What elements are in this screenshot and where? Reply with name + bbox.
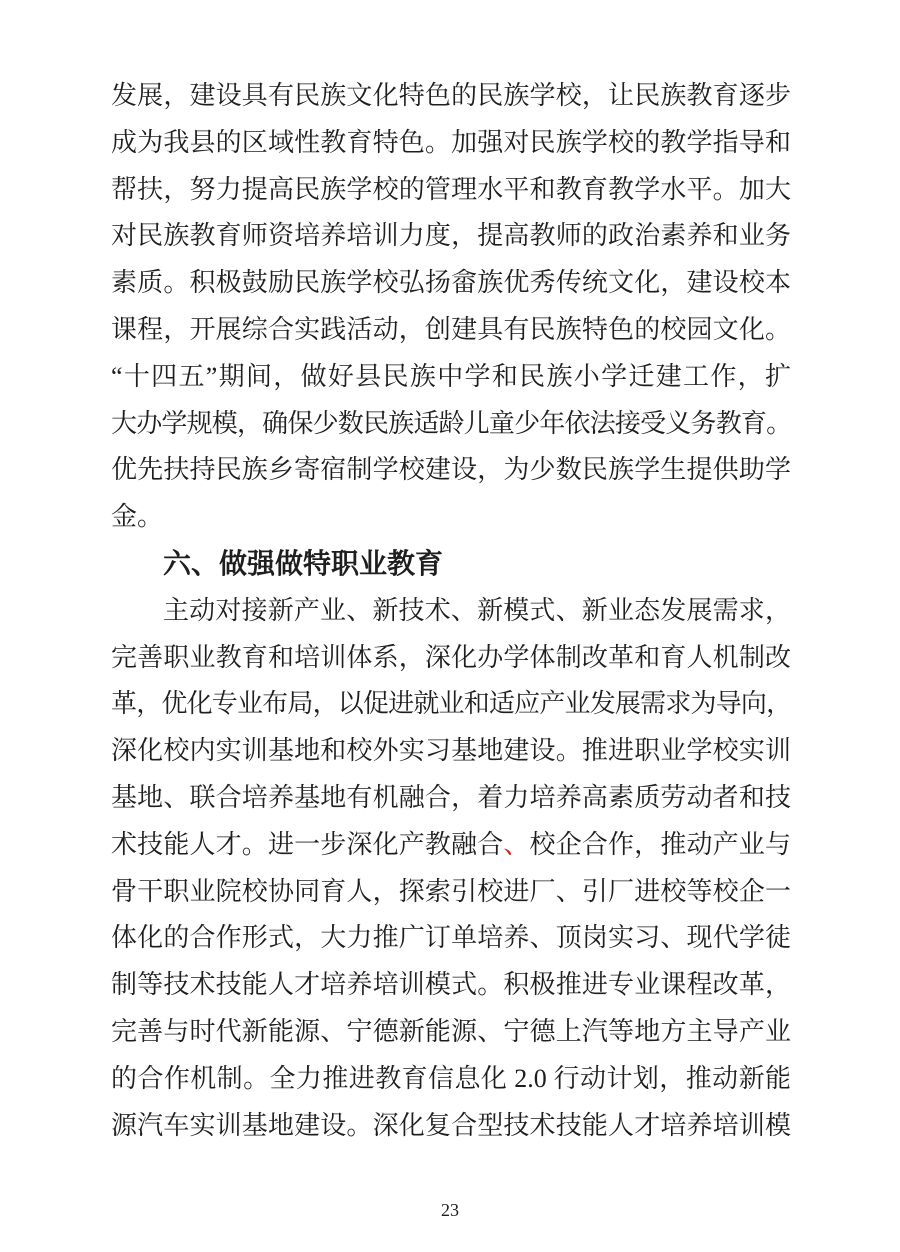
text-line: 课程，开展综合实践活动，创建具有民族特色的校园文化。 — [111, 307, 791, 354]
text-segment: 主动对接新产业、新技术、新模式、新业态发展需求， — [163, 596, 791, 625]
text-segment: 校企合作，推动产业与 — [530, 830, 791, 859]
text-segment: 革，优化专业布局，以促进就业和适应产业发展需求为导向， — [111, 689, 791, 718]
text-line: 对民族教育师资培养培训力度，提高教师的政治素养和业务 — [111, 213, 791, 260]
text-line: 完善职业教育和培训体系，深化办学体制改革和育人机制改 — [111, 635, 791, 682]
text-line: 革，优化专业布局，以促进就业和适应产业发展需求为导向， — [111, 681, 791, 728]
text-segment: 对民族教育师资培养培训力度，提高教师的政治素养和业务 — [111, 221, 791, 250]
text-line: “十四五”期间，做好县民族中学和民族小学迁建工作，扩 — [111, 354, 791, 401]
text-segment: 帮扶，努力提高民族学校的管理水平和教育教学水平。加大 — [111, 175, 791, 204]
text-segment: 六、做强做特职业教育 — [163, 548, 443, 579]
text-line: 素质。积极鼓励民族学校弘扬畲族优秀传统文化，建设校本 — [111, 260, 791, 307]
text-line: 帮扶，努力提高民族学校的管理水平和教育教学水平。加大 — [111, 167, 791, 214]
section-heading: 六、做强做特职业教育 — [111, 541, 791, 588]
text-line: 金。 — [111, 494, 791, 541]
text-line: 的合作机制。全力推进教育信息化 2.0 行动计划，推动新能 — [111, 1056, 791, 1103]
document-page: 发展，建设具有民族文化特色的民族学校，让民族教育逐步成为我县的区域性教育特色。加… — [0, 0, 900, 1252]
text-segment: 体化的合作形式，大力推广订单培养、顶岗实习、现代学徒 — [111, 923, 791, 952]
text-line: 体化的合作形式，大力推广订单培养、顶岗实习、现代学徒 — [111, 915, 791, 962]
text-segment: 完善与时代新能源、宁德新能源、宁德上汽等地方主导产业 — [111, 1017, 791, 1046]
text-line: 大办学规模，确保少数民族适龄儿童少年依法接受义务教育。 — [111, 401, 791, 448]
text-line: 骨干职业院校协同育人，探索引校进厂、引厂进校等校企一 — [111, 869, 791, 916]
text-segment: 制等技术技能人才培养培训模式。积极推进专业课程改革， — [111, 970, 791, 999]
text-segment: 深化校内实训基地和校外实习基地建设。推进职业学校实训 — [111, 736, 791, 765]
red-punctuation: 、 — [503, 830, 529, 859]
text-segment: 术技能人才。进一步深化产教融合 — [111, 830, 503, 859]
text-segment: 成为我县的区域性教育特色。加强对民族学校的教学指导和 — [111, 128, 791, 157]
text-segment: 课程，开展综合实践活动，创建具有民族特色的校园文化。 — [111, 315, 791, 344]
document-body: 发展，建设具有民族文化特色的民族学校，让民族教育逐步成为我县的区域性教育特色。加… — [111, 73, 791, 1149]
text-segment: 大办学规模，确保少数民族适龄儿童少年依法接受义务教育。 — [111, 409, 791, 438]
page-number: 23 — [0, 1200, 900, 1221]
text-line: 术技能人才。进一步深化产教融合、校企合作，推动产业与 — [111, 822, 791, 869]
text-line: 基地、联合培养基地有机融合，着力培养高素质劳动者和技 — [111, 775, 791, 822]
text-segment: 优先扶持民族乡寄宿制学校建设，为少数民族学生提供助学 — [111, 455, 791, 484]
text-segment: 骨干职业院校协同育人，探索引校进厂、引厂进校等校企一 — [111, 877, 791, 906]
text-line: 优先扶持民族乡寄宿制学校建设，为少数民族学生提供助学 — [111, 447, 791, 494]
text-segment: 完善职业教育和培训体系，深化办学体制改革和育人机制改 — [111, 643, 791, 672]
text-segment: 发展，建设具有民族文化特色的民族学校，让民族教育逐步 — [111, 81, 791, 110]
text-line: 成为我县的区域性教育特色。加强对民族学校的教学指导和 — [111, 120, 791, 167]
text-line: 源汽车实训基地建设。深化复合型技术技能人才培养培训模 — [111, 1103, 791, 1150]
text-line: 制等技术技能人才培养培训模式。积极推进专业课程改革， — [111, 962, 791, 1009]
text-line: 完善与时代新能源、宁德新能源、宁德上汽等地方主导产业 — [111, 1009, 791, 1056]
text-segment: 素质。积极鼓励民族学校弘扬畲族优秀传统文化，建设校本 — [111, 268, 791, 297]
text-segment: 金。 — [111, 502, 163, 531]
text-segment: “十四五”期间，做好县民族中学和民族小学迁建工作，扩 — [111, 362, 791, 391]
text-line: 发展，建设具有民族文化特色的民族学校，让民族教育逐步 — [111, 73, 791, 120]
text-segment: 的合作机制。全力推进教育信息化 2.0 行动计划，推动新能 — [111, 1064, 791, 1093]
text-line: 主动对接新产业、新技术、新模式、新业态发展需求， — [111, 588, 791, 635]
text-segment: 源汽车实训基地建设。深化复合型技术技能人才培养培训模 — [111, 1111, 791, 1140]
text-line: 深化校内实训基地和校外实习基地建设。推进职业学校实训 — [111, 728, 791, 775]
text-segment: 基地、联合培养基地有机融合，着力培养高素质劳动者和技 — [111, 783, 791, 812]
